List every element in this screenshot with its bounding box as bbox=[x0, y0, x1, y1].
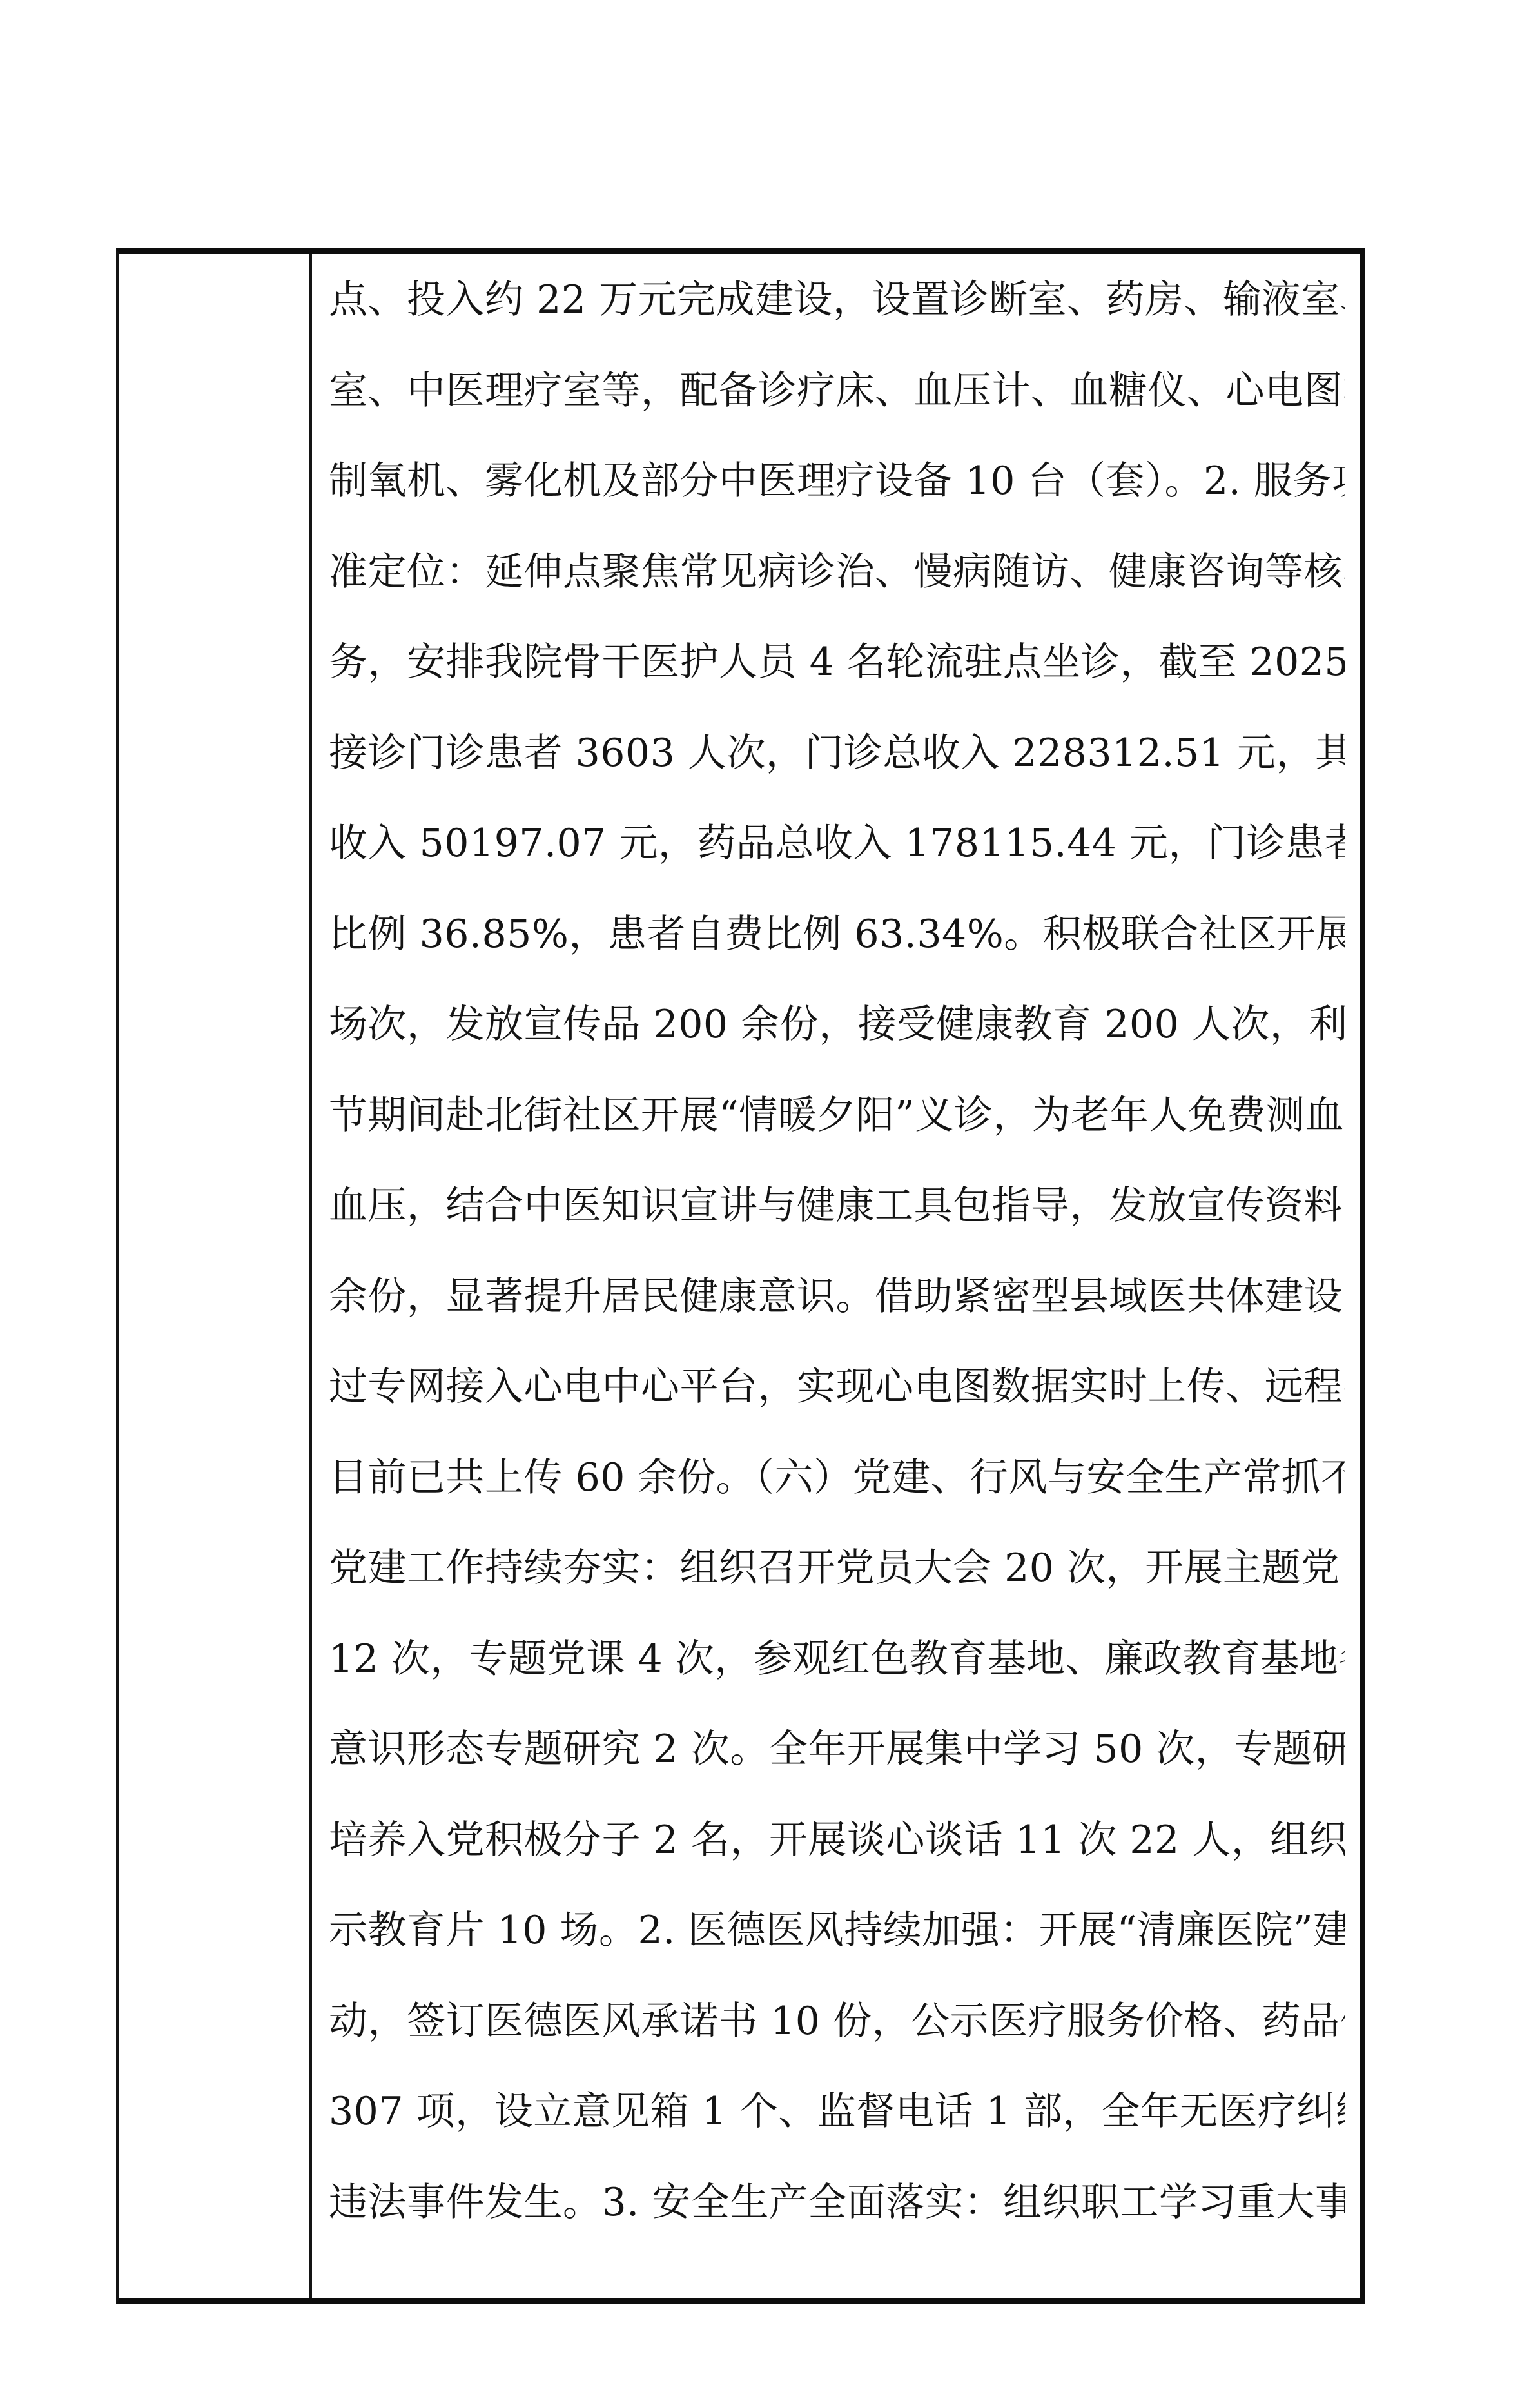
text-line: 过专网接入心电中心平台，实现心电图数据实时上传、远程判读， bbox=[329, 1342, 1345, 1433]
text-line: 收入 50197.07 元，药品总收入 178115.44 元，门诊患者输液人数 bbox=[329, 798, 1345, 889]
text-line: 制氧机、雾化机及部分中医理疗设备 10 台（套）。2. 服务功能精 bbox=[329, 436, 1345, 527]
text-line: 点、投入约 22 万元完成建设，设置诊断室、药房、输液室、观察 bbox=[329, 255, 1345, 346]
text-line: 室、中医理疗室等，配备诊疗床、血压计、血糖仪、心电图机、 bbox=[329, 346, 1345, 436]
report-table: 点、投入约 22 万元完成建设，设置诊断室、药房、输液室、观察 室、中医理疗室等… bbox=[116, 248, 1365, 2304]
text-line: 比例 36.85%，患者自费比例 63.34%。积极联合社区开展宣传活动 4 bbox=[329, 889, 1345, 980]
document-page: 点、投入约 22 万元完成建设，设置诊断室、药房、输液室、观察 室、中医理疗室等… bbox=[0, 0, 1540, 2401]
text-line: 307 项，设立意见箱 1 个、监督电话 1 部，全年无医疗纠纷和违纪 bbox=[329, 2066, 1345, 2157]
table-cell-row-label bbox=[119, 254, 312, 2298]
text-line: 务，安排我院骨干医护人员 4 名轮流驻点坐诊，截至 2025 年底共 bbox=[329, 617, 1345, 708]
text-line: 12 次，专题党课 4 次，参观红色教育基地、廉政教育基地各 1 次， bbox=[329, 1614, 1345, 1705]
text-line: 场次，发放宣传品 200 余份，接受健康教育 200 人次，利用重阳 bbox=[329, 979, 1345, 1070]
text-line: 动，签订医德医风承诺书 10 份，公示医疗服务价格、药品价格共 bbox=[329, 1976, 1345, 2067]
table-cell-report-text: 点、投入约 22 万元完成建设，设置诊断室、药房、输液室、观察 室、中医理疗室等… bbox=[312, 254, 1360, 2298]
text-line: 节期间赴北街社区开展“情暖夕阳”义诊，为老年人免费测血糖、 bbox=[329, 1070, 1345, 1161]
text-line: 准定位：延伸点聚焦常见病诊治、慢病随访、健康咨询等核心服 bbox=[329, 527, 1345, 618]
text-line: 目前已共上传 60 余份。（六）党建、行风与安全生产常抓不懈 1. bbox=[329, 1433, 1345, 1524]
text-line: 示教育片 10 场。2. 医德医风持续加强：开展“清廉医院”建设活 bbox=[329, 1885, 1345, 1976]
text-line: 党建工作持续夯实：组织召开党员大会 20 次，开展主题党日活动 bbox=[329, 1523, 1345, 1614]
text-line: 培养入党积极分子 2 名，开展谈心谈话 11 次 22 人，组织观看警 bbox=[329, 1795, 1345, 1886]
text-line: 违法事件发生。3. 安全生产全面落实：组织职工学习重大事故隐 bbox=[329, 2157, 1345, 2248]
text-line: 血压，结合中医知识宣讲与健康工具包指导，发放宣传资料 200 bbox=[329, 1161, 1345, 1251]
text-line: 接诊门诊患者 3603 人次，门诊总收入 228312.51 元，其中医疗总 bbox=[329, 708, 1345, 799]
text-line: 余份，显著提升居民健康意识。借助紧密型县域医共体建设，通 bbox=[329, 1251, 1345, 1342]
text-line: 意识形态专题研究 2 次。全年开展集中学习 50 次，专题研讨 2 次， bbox=[329, 1704, 1345, 1795]
